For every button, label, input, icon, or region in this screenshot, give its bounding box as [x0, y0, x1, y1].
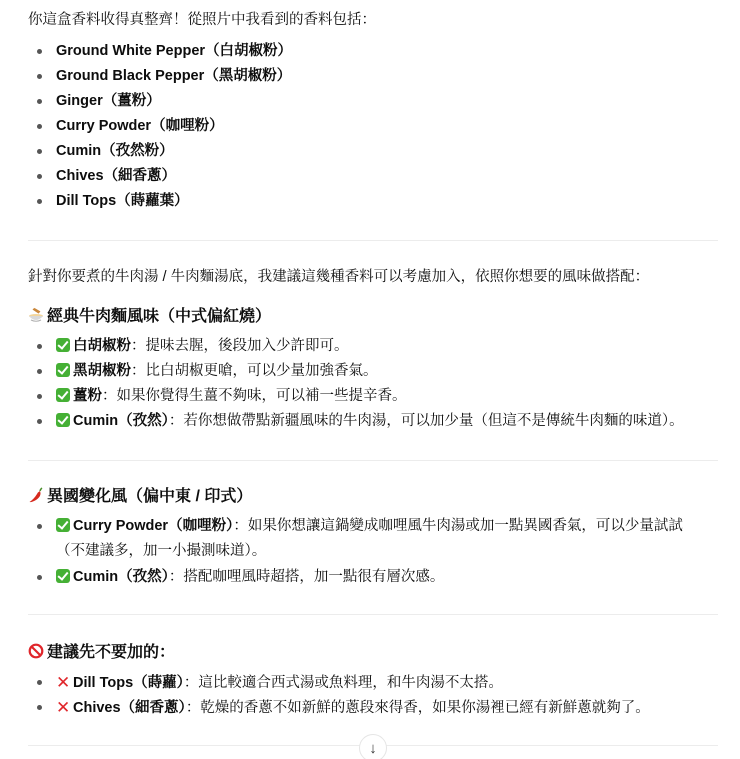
section-heading-exotic: 異國變化風（偏中東 / 印式）	[28, 486, 252, 508]
spice-en: Cumin	[56, 143, 101, 159]
chili-pepper-icon	[28, 487, 44, 503]
section-heading-avoid: 建議先不要加的：	[28, 642, 175, 664]
bullet	[37, 419, 42, 424]
spice-zh: （薑粉）	[103, 93, 161, 109]
item-name: Dill Tops（蒔蘿）	[73, 675, 184, 691]
item-desc: ：比白胡椒更嗆，可以少量加強香氣。	[131, 363, 378, 379]
bullet	[37, 74, 42, 79]
item-desc: ：若你想做帶點新疆風味的牛肉湯，可以加少量（但這不是傳統牛肉麵的味道）。	[169, 413, 684, 429]
spice-zh: （咖哩粉）	[151, 118, 224, 134]
intro-text: 你這盒香料收得真整齊！從照片中我看到的香料包括：	[28, 10, 376, 30]
item-name: 薑粉	[73, 388, 102, 404]
arrow-down-icon: ↓	[369, 740, 377, 757]
bullet	[37, 99, 42, 104]
item-desc: ：搭配咖哩風時超搭，加一點很有層次感。	[169, 569, 445, 585]
item-name: 黑胡椒粉	[73, 363, 131, 379]
section-title: 建議先不要加的：	[47, 644, 175, 661]
spice-en: Ground White Pepper	[56, 43, 205, 59]
spice-zh: （蒔蘿葉）	[116, 193, 189, 209]
bullet	[37, 524, 42, 529]
noodle-bowl-icon	[28, 307, 44, 323]
item-desc: ：這比較適合西式湯或魚料理，和牛肉湯不太搭。	[184, 675, 503, 691]
check-mark-icon	[56, 413, 70, 427]
item-desc: ：乾燥的香蔥不如新鮮的蔥段來得香，如果你湯裡已經有新鮮蔥就夠了。	[186, 700, 650, 716]
cross-mark-icon: ✕	[56, 695, 70, 720]
divider	[28, 460, 718, 461]
spice-zh: （白胡椒粉）	[205, 43, 292, 59]
item-name: Cumin（孜然）	[73, 413, 169, 429]
bullet	[37, 174, 42, 179]
section-title: 經典牛肉麵風味（中式偏紅燒）	[47, 308, 271, 325]
bullet	[37, 575, 42, 580]
check-mark-icon	[56, 569, 70, 583]
bullet	[37, 149, 42, 154]
bullet	[37, 344, 42, 349]
bullet	[37, 369, 42, 374]
item-desc: ：提味去腥，後段加入少許即可。	[131, 338, 349, 354]
recommend-intro: 針對你要煮的牛肉湯 / 牛肉麵湯底，我建議這幾種香料可以考慮加入，依照你想要的風…	[28, 267, 649, 287]
bullet	[37, 394, 42, 399]
bullet	[37, 124, 42, 129]
prohibited-icon	[28, 643, 44, 659]
check-mark-icon	[56, 363, 70, 377]
section-heading-classic: 經典牛肉麵風味（中式偏紅燒）	[28, 306, 271, 328]
spice-zh: （孜然粉）	[101, 143, 174, 159]
scroll-to-bottom-button[interactable]: ↓	[359, 734, 387, 759]
divider	[28, 614, 718, 615]
spice-zh: （黑胡椒粉）	[204, 68, 291, 84]
spice-zh: （細香蔥）	[104, 168, 177, 184]
bullet	[37, 680, 42, 685]
item-name: 白胡椒粉	[73, 338, 131, 354]
item-desc: ：如果你覺得生薑不夠味，可以補一些提辛香。	[102, 388, 407, 404]
bullet	[37, 49, 42, 54]
bullet	[37, 705, 42, 710]
spice-en: Ground Black Pepper	[56, 68, 204, 84]
bullet	[37, 199, 42, 204]
spice-en: Dill Tops	[56, 193, 116, 209]
spice-en: Curry Powder	[56, 118, 151, 134]
check-mark-icon	[56, 518, 70, 532]
item-name: Curry Powder（咖哩粉）	[73, 518, 233, 534]
section-title: 異國變化風（偏中東 / 印式）	[47, 488, 252, 505]
spice-en: Ginger	[56, 93, 103, 109]
spice-en: Chives	[56, 168, 104, 184]
cross-mark-icon: ✕	[56, 670, 70, 695]
item-name: Chives（細香蔥）	[73, 700, 186, 716]
divider	[28, 240, 718, 241]
check-mark-icon	[56, 388, 70, 402]
item-name: Cumin（孜然）	[73, 569, 169, 585]
check-mark-icon	[56, 338, 70, 352]
